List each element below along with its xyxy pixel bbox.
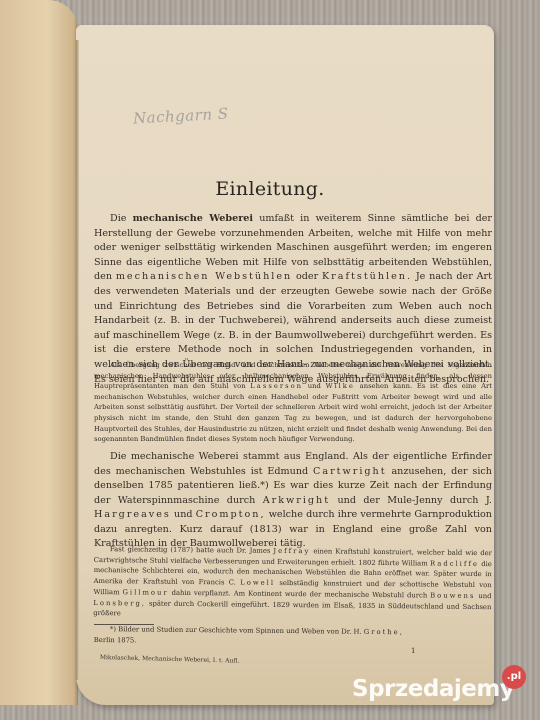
- p1-spaced-a: mechanischen Webstühlen: [116, 271, 292, 282]
- p2-spaced-a: Lasserson: [250, 382, 303, 390]
- p4-spaced-c: Lowell: [240, 579, 275, 587]
- paragraph-3: Die mechanische Weberei stammt aus Engla…: [94, 450, 492, 552]
- p4-spaced-d: Gillmour: [122, 588, 168, 596]
- p2-text-c: ansehen kann. Es ist dies eine Art mecha…: [94, 382, 492, 443]
- p4-spaced-a: Jeffray: [273, 547, 310, 555]
- page-number: 1: [411, 647, 415, 655]
- p4-text-g: später durch Cockerill eingeführt. 1829 …: [93, 599, 491, 617]
- p3-spaced-d: Crompton,: [196, 509, 266, 520]
- p4-text-f: und: [478, 592, 491, 600]
- p4-spaced-b: Radcliffe: [430, 559, 479, 568]
- chapter-title: Einleitung.: [0, 178, 540, 200]
- p1-text-b: oder: [296, 271, 318, 282]
- p2-spaced-b: Wilke: [326, 382, 355, 390]
- page-gutter: [76, 40, 79, 680]
- p4-text-e: dahin verpflanzt. Am Kontinent wurde der…: [172, 589, 428, 600]
- p1-spaced-b: Kraftstühlen.: [322, 271, 412, 282]
- p1-lead: Die: [110, 213, 126, 224]
- watermark-logo: Sprzedajemy: [352, 676, 514, 702]
- paragraph-2: Als Übergang zwischen der Hand- und mech…: [94, 360, 492, 445]
- p4-spaced-e: Bouwens: [430, 591, 475, 599]
- p3-spaced-b: Arkwright: [263, 495, 330, 506]
- p3-text-c: und der Mule-Jenny durch J.: [338, 495, 492, 506]
- footnote-place-year: Berlin 1875.: [94, 636, 137, 644]
- p2-text-b: und: [308, 382, 321, 390]
- p3-text-d: und: [174, 509, 193, 520]
- p4-spaced-f: Lonsberg,: [93, 599, 146, 608]
- p4-text-a: Fast gleichzeitig (1787) hatte auch Dr. …: [110, 545, 271, 555]
- left-facing-page: [0, 0, 78, 705]
- footnote-text: *) Bilder und Studien zur Geschichte vom…: [110, 625, 362, 636]
- p3-spaced-c: Hargreaves: [94, 509, 171, 520]
- paragraph-4: Fast gleichzeitig (1787) hatte auch Dr. …: [93, 544, 492, 623]
- p1-bold-term: mechanische Weberei: [133, 213, 253, 224]
- p3-spaced-a: Cartwright: [313, 466, 387, 477]
- watermark-badge: .pl: [502, 665, 526, 689]
- footnote-author: Grothe,: [364, 628, 404, 636]
- footnote: *) Bilder und Studien zur Geschichte vom…: [94, 624, 494, 650]
